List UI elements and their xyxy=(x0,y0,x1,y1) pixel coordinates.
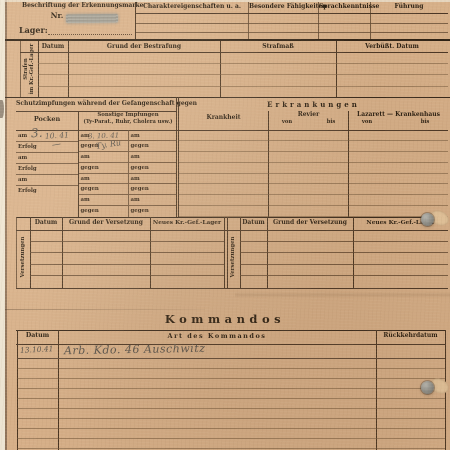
table-row xyxy=(179,184,448,195)
rule xyxy=(16,288,448,289)
table-row xyxy=(17,429,445,439)
strafen-col-datum: Datum xyxy=(38,44,68,51)
erfolg-label: Erfolg xyxy=(18,188,37,194)
lager-label: Lager: xyxy=(19,26,47,35)
traits-col3-header: Sprachkenntnisse xyxy=(319,4,369,11)
kommandos-col-datum: Datum xyxy=(17,333,58,340)
hole-punch xyxy=(421,213,434,226)
table-row xyxy=(179,163,448,174)
table-row xyxy=(17,439,445,449)
pocken-column: am Erfolg am Erfolg am Erfolg xyxy=(16,131,78,218)
impfungen-title: Schutzimpfungen während der Gefangenscha… xyxy=(16,101,177,108)
lazarett-bis-label: bis xyxy=(408,120,442,126)
rule xyxy=(16,217,17,288)
table-row: gegen xyxy=(79,184,128,195)
table-row xyxy=(17,369,445,379)
transfer-left-rows xyxy=(30,231,224,288)
pow-record-card: Beschriftung der Erkennungsmarke Nr. Lag… xyxy=(0,0,450,450)
traits-col1-header: Charaktereigenschaften u. a. xyxy=(137,4,247,11)
table-row: am xyxy=(16,153,78,164)
gegen-label: gegen xyxy=(131,165,149,171)
rule xyxy=(227,217,228,288)
table-row: am xyxy=(79,195,128,206)
erased-number-entry xyxy=(66,14,118,24)
sonstige-column-b: am gegen am gegen am gegen am gegen xyxy=(129,131,176,218)
transfer-right-rows xyxy=(240,231,448,288)
table-row xyxy=(240,242,448,253)
table-row xyxy=(240,276,448,287)
transfer-col-grund: Grund der Versetzung xyxy=(62,220,150,227)
table-row: gegen xyxy=(79,206,128,217)
kommandos-col-art: Art des Kommandos xyxy=(58,333,376,340)
rule xyxy=(38,74,448,75)
erkrankungen-title: Erkrankungen xyxy=(179,101,448,109)
table-row: am xyxy=(129,152,176,163)
gegen-label: gegen xyxy=(81,208,99,214)
table-row: gegen xyxy=(129,163,176,174)
rule xyxy=(136,32,448,33)
hole-punch xyxy=(421,381,434,394)
table-row xyxy=(179,131,448,142)
edge-smudge xyxy=(0,100,4,118)
table-row xyxy=(30,265,224,276)
fold-crease xyxy=(235,292,450,298)
lazarett-von-label: von xyxy=(352,120,382,126)
rule xyxy=(224,217,225,288)
erkrankungen-col-lazarett: Lazarett — Krankenhaus xyxy=(349,112,448,119)
erkrankungen-rows xyxy=(179,131,448,218)
handwritten-erfolg-dash: — xyxy=(51,139,62,150)
table-row xyxy=(17,389,445,399)
am-label: am xyxy=(18,177,27,183)
table-row xyxy=(30,242,224,253)
am-label: am xyxy=(18,133,27,139)
strafen-col-verbuesst: Verbüßt. Datum xyxy=(336,44,448,51)
rule xyxy=(38,63,448,64)
table-row: Erfolg xyxy=(16,164,78,175)
table-row: am xyxy=(79,152,128,163)
table-row: am xyxy=(79,174,128,185)
rule xyxy=(20,52,448,53)
gegen-label: gegen xyxy=(81,186,99,192)
impfungen-col-sonstige-line2: (Ty-Parat., Ruhr, Cholera usw.) xyxy=(79,120,177,126)
table-row xyxy=(179,141,448,152)
transfer-col-datum: Datum xyxy=(30,220,62,227)
transfer-col-neues: Neues Kr.-Gef.-Lager xyxy=(150,220,224,226)
table-row: Erfolg xyxy=(16,186,78,218)
handwritten-pocken-date-day: 3. xyxy=(31,126,43,141)
table-row xyxy=(179,174,448,185)
rule xyxy=(38,86,448,87)
table-row xyxy=(179,152,448,163)
versetzungen-side-label: Versetzungen xyxy=(230,237,236,278)
am-label: am xyxy=(81,176,90,182)
versetzungen-side-label: Versetzungen xyxy=(20,237,26,278)
rule xyxy=(176,97,177,217)
rule xyxy=(20,41,21,97)
am-label: am xyxy=(131,197,140,203)
table-row xyxy=(30,276,224,287)
am-label: am xyxy=(131,176,140,182)
table-row xyxy=(17,399,445,409)
impfungen-col-pocken: Pocken xyxy=(16,116,78,123)
table-row: gegen xyxy=(129,141,176,152)
traits-col4-header: Führung xyxy=(371,4,447,11)
kommandos-rows xyxy=(17,359,445,450)
scan-edge xyxy=(0,0,450,2)
table-row: am xyxy=(129,174,176,185)
gegen-label: gegen xyxy=(131,143,149,149)
erfolg-label: Erfolg xyxy=(18,166,37,172)
table-row xyxy=(240,253,448,264)
table-row: am xyxy=(129,131,176,142)
transfer-col-datum: Datum xyxy=(240,220,267,227)
erkrankungen-col-revier: Revier xyxy=(269,112,348,119)
table-row: gegen xyxy=(129,206,176,217)
lager-blank-line xyxy=(48,26,132,35)
table-row xyxy=(179,195,448,206)
am-label: am xyxy=(81,197,90,203)
am-label: am xyxy=(131,133,140,139)
rule xyxy=(136,13,448,14)
revier-von-label: von xyxy=(272,120,302,126)
section-divider xyxy=(5,97,450,98)
table-row xyxy=(17,419,445,429)
impfungen-col-sonstige-line1: Sonstige Impfungen xyxy=(79,113,177,119)
handwritten-kommando-date: 13.10.41 xyxy=(20,344,54,355)
table-row xyxy=(17,359,445,369)
table-row xyxy=(179,206,448,217)
table-row xyxy=(17,409,445,419)
am-label: am xyxy=(18,155,27,161)
tag-inscription-title: Beschriftung der Erkennungsmarke xyxy=(22,3,134,10)
gegen-label: gegen xyxy=(81,165,99,171)
table-row xyxy=(17,379,445,389)
table-row: gegen xyxy=(79,163,128,174)
table-row xyxy=(240,265,448,276)
table-row: gegen xyxy=(129,184,176,195)
fold-crease xyxy=(0,309,205,310)
table-row: Erfolg xyxy=(16,142,78,153)
handwritten-kommando-entry: Arb. Kdo. 46 Auschwitz xyxy=(64,342,206,357)
table-row: am xyxy=(129,195,176,206)
gegen-label: gegen xyxy=(131,208,149,214)
table-row xyxy=(240,231,448,242)
am-label: am xyxy=(81,154,90,160)
table-row xyxy=(30,231,224,242)
am-label: am xyxy=(131,154,140,160)
nr-label: Nr. xyxy=(50,12,64,20)
strafen-col-grund: Grund der Bestrafung xyxy=(68,44,220,51)
erkrankungen-col-krankheit: Krankheit xyxy=(179,115,268,122)
section-divider xyxy=(5,39,450,41)
rule xyxy=(136,23,448,24)
scan-edge xyxy=(5,0,7,450)
kommandos-title: Kommandos xyxy=(15,313,435,326)
erfolg-label: Erfolg xyxy=(18,144,37,150)
strafen-col-strafmass: Strafmaß xyxy=(220,44,336,51)
table-row: am xyxy=(16,175,78,186)
table-row xyxy=(30,253,224,264)
revier-bis-label: bis xyxy=(316,120,346,126)
transfer-col-grund: Grund der Versetzung xyxy=(267,220,353,227)
kommandos-col-rueckkehr: Rückkehrdatum xyxy=(376,333,445,340)
traits-col2-header: Besondere Fähigkeiten xyxy=(249,4,317,11)
gegen-label: gegen xyxy=(131,186,149,192)
